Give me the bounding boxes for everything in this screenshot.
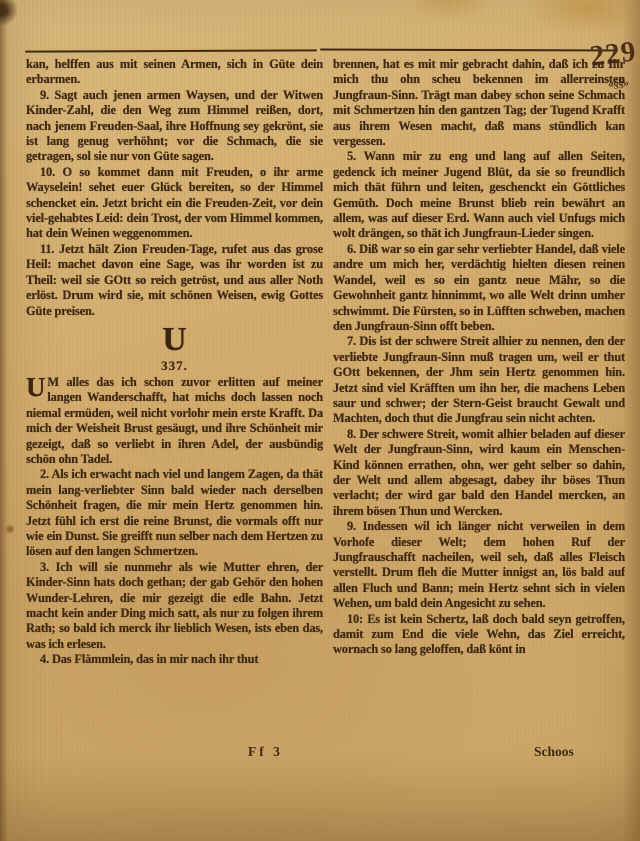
verse-paragraph: 6. Diß war so ein gar sehr verliebter Ha… [333,242,625,334]
verse-paragraph: 5. Wann mir zu eng und lang auf allen Se… [333,149,625,241]
verse-paragraph: 10. O so kommet dann mit Freuden, o ihr … [26,165,323,242]
verse-paragraph: 9. Sagt auch jenen armen Waysen, und der… [26,88,323,165]
drop-cap: U [26,375,47,400]
hymn-first-paragraph: UM alles das ich schon zuvor erlitten au… [26,375,323,467]
left-column: kan, helffen aus mit seinen Armen, sich … [26,57,323,751]
top-rule-right-segment [320,48,618,51]
right-column: brennen, hat es mit mir gebracht dahin, … [333,57,625,751]
verse-paragraph: 3. Ich will sie nunmehr als wie Mutter e… [26,560,323,652]
verse-paragraph: 9. Indessen wil ich länger nicht verweil… [333,519,625,611]
verse-paragraph: 2. Als ich erwacht nach viel und langem … [26,467,323,559]
signature-mark: Ff 3 [248,744,283,760]
paragraph-continuation: brennen, hat es mit mir gebracht dahin, … [333,57,625,149]
section-divider-letter: U [26,322,323,358]
hymn-first-text: M alles das ich schon zuvor erlitten auf… [26,375,323,466]
hymn-number: 337. [26,358,323,374]
verse-paragraph: 8. Der schwere Streit, womit alhier bela… [333,427,625,519]
verse-paragraph: 7. Dis ist der schwere Streit alhier zu … [333,334,625,426]
catchword: Schoos [534,744,574,760]
paragraph-continuation: kan, helffen aus mit seinen Armen, sich … [26,57,323,88]
top-rule-left-segment [25,49,317,52]
verse-paragraph: 4. Das Flämmlein, das in mir nach ihr th… [26,652,323,667]
verse-paragraph: 11. Jetzt hält Zion Freuden-Tage, rufet … [26,242,323,319]
verse-paragraph: 10: Es ist kein Schertz, laß doch bald s… [333,612,625,658]
book-page: 229 «§§» kan, helffen aus mit seinen Arm… [0,0,640,841]
